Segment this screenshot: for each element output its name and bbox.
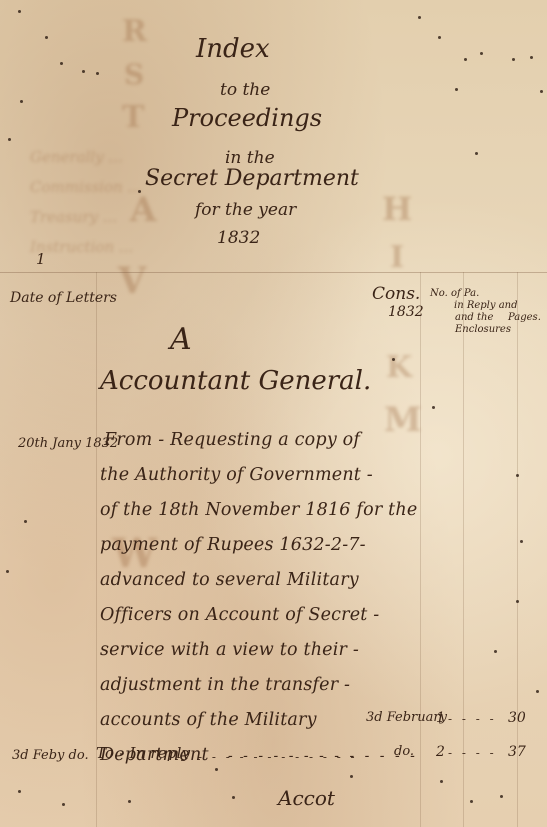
column-header-paragraphs: No. of Pa.	[430, 288, 479, 299]
entry-line: service with a view to their -	[100, 640, 359, 660]
ink-speck	[530, 56, 533, 59]
title-line: Secret Department	[145, 166, 359, 191]
ink-speck	[520, 540, 523, 543]
ink-speck	[438, 36, 441, 39]
ink-speck	[6, 570, 9, 573]
ink-speck	[60, 62, 63, 65]
title-line: to the	[220, 80, 270, 100]
ink-speck	[24, 520, 27, 523]
entry-para: 2	[436, 744, 445, 760]
ink-speck	[62, 803, 65, 806]
ink-speck	[82, 70, 85, 73]
bleed-through-text: Generally ...	[30, 148, 123, 166]
ink-speck	[464, 58, 467, 61]
ink-speck	[536, 690, 539, 693]
page-number: 1	[36, 250, 46, 268]
ink-speck	[475, 152, 478, 155]
bleed-through-letter: V	[118, 260, 146, 302]
ink-speck	[540, 90, 543, 93]
ink-speck	[215, 768, 218, 771]
ink-speck	[494, 650, 497, 653]
column-header-paragraphs: Enclosures	[455, 324, 511, 335]
leader-dashes: - - - - - - - - - - - -	[198, 750, 358, 764]
leader-dashes: - - - -	[448, 712, 497, 726]
title-line: in the	[225, 148, 275, 168]
ink-speck	[96, 72, 99, 75]
column-header-cons-year: 1832	[388, 304, 424, 320]
bleed-through-letter: M	[384, 400, 422, 440]
column-header-paragraphs: in Reply and	[454, 300, 518, 311]
column-rule	[420, 272, 421, 827]
bleed-through-letter: H	[382, 190, 412, 228]
bleed-through-letter: S	[124, 58, 144, 91]
ink-speck	[45, 36, 48, 39]
entry-line: payment of Rupees 1632-2-7-	[100, 535, 366, 555]
ink-speck	[20, 100, 23, 103]
ink-speck	[18, 790, 21, 793]
entry-line: advanced to several Military	[100, 570, 359, 590]
title-year: 1832	[217, 228, 260, 248]
bleed-through-text: Commission ...	[30, 178, 142, 196]
title-line: Proceedings	[172, 104, 322, 132]
document-title: Index	[196, 34, 270, 64]
ink-speck	[480, 52, 483, 55]
column-header-paragraphs: and the	[455, 312, 493, 323]
bleed-through-text: Treasury ...	[30, 208, 117, 226]
manuscript-page: R S T A V W H I K M Generally ... Commis…	[0, 0, 547, 827]
header-rule	[0, 272, 547, 273]
ink-speck	[350, 775, 353, 778]
entry-line: accounts of the Military	[100, 710, 317, 730]
entry-line: To - In reply	[96, 744, 190, 762]
leader-dashes: - - - -	[448, 746, 497, 760]
entry-line: of the 18th November 1816 for the	[100, 500, 417, 520]
column-rule	[463, 272, 464, 827]
entry-line: From - Requesting a copy of	[104, 430, 360, 450]
bleed-through-letter: K	[386, 350, 412, 385]
entry-cons: do.	[394, 744, 414, 759]
ink-speck	[18, 10, 21, 13]
entry-line: the Authority of Government -	[100, 465, 373, 485]
ink-speck	[500, 795, 503, 798]
entry-page: 30	[508, 710, 526, 726]
entry-date: 3d Feby do.	[12, 748, 89, 763]
ink-speck	[432, 406, 435, 409]
ink-speck	[516, 600, 519, 603]
entry-line: adjustment in the transfer -	[100, 675, 350, 695]
ink-speck	[418, 16, 421, 19]
ink-speck	[455, 88, 458, 91]
section-letter: A	[170, 322, 192, 357]
catchword: Accot	[278, 786, 335, 810]
ink-speck	[8, 138, 11, 141]
ink-speck	[440, 780, 443, 783]
entry-para: 1	[436, 710, 445, 726]
column-header-cons: Cons.	[372, 284, 420, 304]
ink-speck	[128, 800, 131, 803]
bleed-through-letter: A	[130, 190, 156, 230]
bleed-through-letter: R	[122, 14, 147, 49]
ink-speck	[138, 190, 141, 193]
title-line: for the year	[195, 200, 296, 220]
ink-speck	[392, 358, 395, 361]
ink-speck	[470, 800, 473, 803]
entry-cons: 3d February	[366, 710, 447, 725]
ink-speck	[512, 58, 515, 61]
column-header-pages: Pages.	[508, 312, 541, 323]
column-header-date: Date of Letters	[10, 290, 117, 306]
entry-line: Officers on Account of Secret -	[100, 605, 379, 625]
ink-speck	[516, 474, 519, 477]
bleed-through-letter: I	[390, 240, 404, 275]
entry-page: 37	[508, 744, 526, 760]
ink-speck	[232, 796, 235, 799]
section-heading: Accountant General.	[100, 366, 371, 396]
bleed-through-letter: T	[122, 100, 144, 135]
